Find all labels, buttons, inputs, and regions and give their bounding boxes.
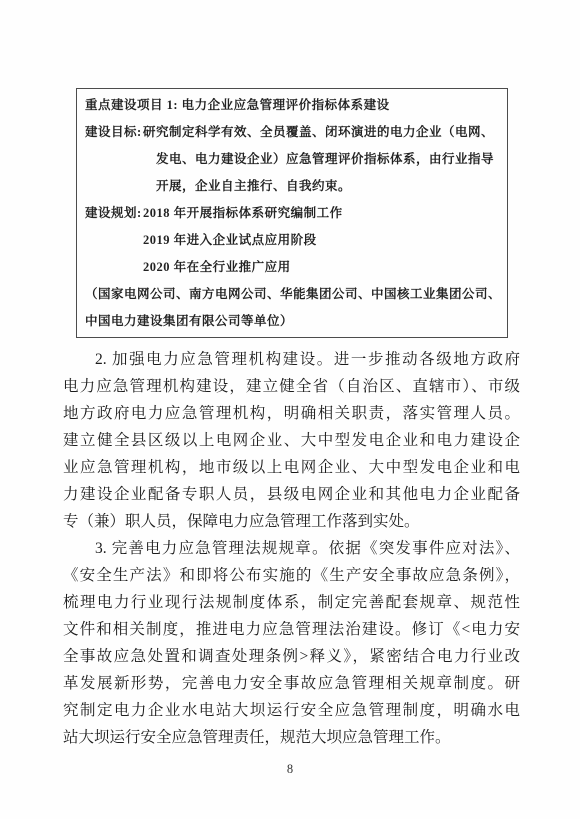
paragraph-2-line: 2. 加强电力应急管理机构建设。进一步推动各级地方政府 (63, 346, 520, 373)
page-number: 8 (0, 762, 580, 777)
goal-line: 开展，企业自主推行、自我约束。 (156, 173, 499, 200)
participants-line: （国家电网公司、南方电网公司、华能集团公司、中国核工业集团公司、 (85, 281, 499, 308)
paragraph-3-line: 全事故应急处置和调查处理条例>释义》，紧密结合电力行业改 (63, 643, 520, 670)
plan-content: 2018 年开展指标体系研究编制工作 2019 年进入企业试点应用阶段 2020… (143, 200, 499, 281)
body-text: 2. 加强电力应急管理机构建设。进一步推动各级地方政府 电力应急管理机构建设，建… (63, 346, 520, 751)
construction-goal-row: 建设目标: 研究制定科学有效、全员覆盖、闭环演进的电力企业（电网、 发电、电力建… (85, 119, 499, 200)
plan-label: 建设规划: (85, 200, 143, 281)
paragraph-3-line: 站大坝运行安全应急管理责任，规范大坝应急管理工作。 (63, 724, 520, 751)
paragraph-2-line: 建立健全县区级以上电网企业、大中型发电企业和电力建设企 (63, 427, 520, 454)
goal-content: 研究制定科学有效、全员覆盖、闭环演进的电力企业（电网、 发电、电力建设企业）应急… (143, 119, 499, 200)
goal-line: 发电、电力建设企业）应急管理评价指标体系，由行业指导 (156, 146, 499, 173)
paragraph-2-line: 业应急管理机构，地市级以上电网企业、大中型发电企业和电 (63, 454, 520, 481)
document-page: 重点建设项目 1: 电力企业应急管理评价指标体系建设 建设目标: 研究制定科学有… (0, 0, 580, 819)
paragraph-3-line: 《安全生产法》和即将公布实施的《生产安全事故应急条例》， (63, 562, 520, 589)
plan-line: 2019 年进入企业试点应用阶段 (143, 227, 499, 254)
key-project-box: 重点建设项目 1: 电力企业应急管理评价指标体系建设 建设目标: 研究制定科学有… (76, 88, 508, 338)
plan-line: 2018 年开展指标体系研究编制工作 (143, 200, 499, 227)
paragraph-3-line: 梳理电力行业现行法规制度体系，制定完善配套规章、规范性 (63, 589, 520, 616)
paragraph-3-line: 革发展新形势，完善电力安全事故应急管理相关规章制度。研 (63, 670, 520, 697)
project-box-title: 重点建设项目 1: 电力企业应急管理评价指标体系建设 (85, 92, 499, 119)
goal-line: 研究制定科学有效、全员覆盖、闭环演进的电力企业（电网、 (143, 119, 499, 146)
goal-label: 建设目标: (85, 119, 143, 200)
plan-line: 2020 年在全行业推广应用 (143, 254, 499, 281)
paragraph-3-line: 文件和相关制度，推进电力应急管理法治建设。修订《<电力安 (63, 616, 520, 643)
paragraph-3-line: 究制定电力企业水电站大坝运行安全应急管理制度，明确水电 (63, 697, 520, 724)
paragraph-2-line: 地方政府电力应急管理机构，明确相关职责，落实管理人员。 (63, 400, 520, 427)
paragraph-2-line: 电力应急管理机构建设，建立健全省（自治区、直辖市）、市级 (63, 373, 520, 400)
construction-plan-row: 建设规划: 2018 年开展指标体系研究编制工作 2019 年进入企业试点应用阶… (85, 200, 499, 281)
participants-line: 中国电力建设集团有限公司等单位） (85, 308, 499, 335)
paragraph-3-line: 3. 完善电力应急管理法规规章。依据《突发事件应对法》、 (63, 535, 520, 562)
paragraph-2-line: 专（兼）职人员，保障电力应急管理工作落到实处。 (63, 508, 520, 535)
paragraph-2-line: 力建设企业配备专职人员，县级电网企业和其他电力企业配备 (63, 481, 520, 508)
